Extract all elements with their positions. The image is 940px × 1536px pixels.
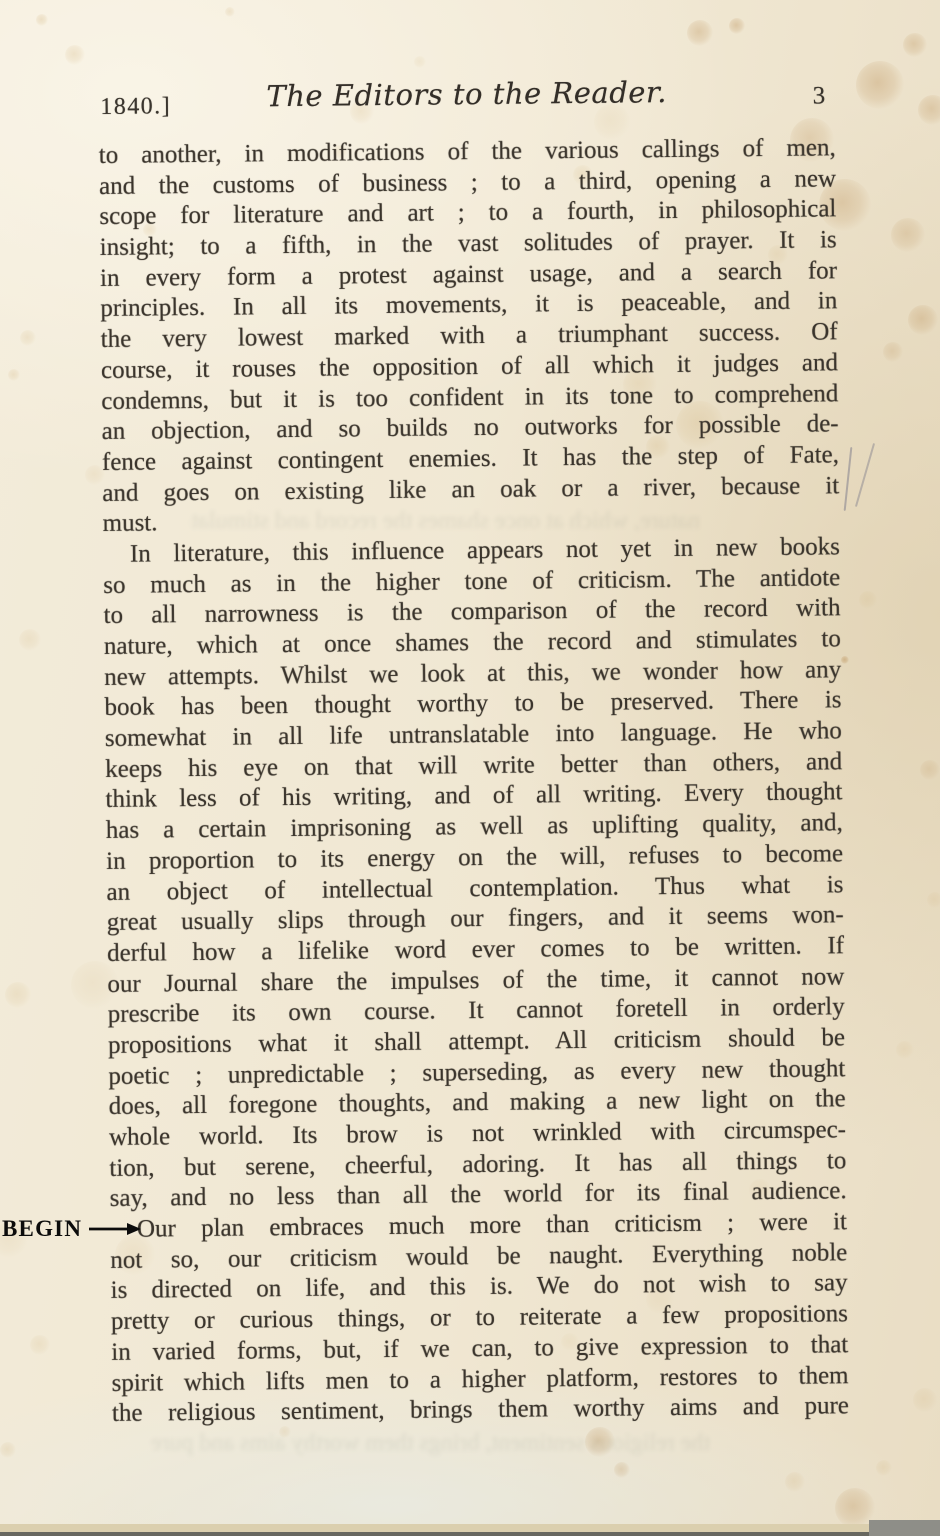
foxing-stain	[856, 61, 904, 109]
body-text: to another, in modifications of the vari…	[99, 133, 849, 1430]
foxing-stain	[927, 892, 940, 908]
foxing-stain	[896, 1041, 914, 1059]
pencil-mark	[844, 447, 853, 511]
page-bottom-edge	[0, 1524, 940, 1532]
bottom-bar	[0, 1532, 940, 1536]
foxing-stain	[687, 20, 713, 46]
foxing-stain	[908, 305, 938, 335]
foxing-stain	[891, 218, 925, 252]
foxing-stain	[36, 14, 48, 26]
text-line: the religious sentiment, brings them wor…	[112, 1391, 849, 1429]
foxing-stain	[614, 1462, 630, 1478]
foxing-stain	[841, 656, 849, 664]
right-arrow-icon	[89, 1221, 141, 1237]
foxing-stain	[20, 330, 36, 346]
foxing-stain	[785, 1472, 805, 1492]
header-title: The Editors to the Reader.	[98, 73, 835, 115]
page-content: 1840.] The Editors to the Reader. 3 to a…	[98, 76, 835, 130]
foxing-stain	[859, 591, 877, 609]
foxing-stain	[883, 342, 903, 362]
foxing-stain	[913, 1388, 937, 1412]
foxing-stain	[8, 369, 20, 381]
foxing-stain	[225, 7, 235, 17]
bottom-corner-block	[869, 1520, 940, 1536]
foxing-stain	[5, 982, 31, 1008]
foxing-stain	[729, 18, 745, 34]
foxing-stain	[0, 1442, 16, 1458]
foxing-stain	[903, 33, 927, 57]
pencil-mark	[855, 443, 875, 507]
page-number: 3	[813, 82, 826, 110]
running-header: 1840.] The Editors to the Reader. 3	[98, 76, 835, 130]
foxing-stain	[19, 629, 41, 651]
foxing-stain	[30, 1335, 50, 1355]
foxing-stain	[65, 45, 85, 65]
foxing-stain	[920, 760, 940, 780]
begin-label: BEGIN	[2, 1216, 82, 1242]
foxing-stain	[414, 56, 426, 68]
begin-annotation: BEGIN	[2, 1216, 141, 1242]
foxing-stain	[918, 95, 940, 125]
scanned-page: nature, which at once shames the record …	[0, 0, 940, 1536]
foxing-stain	[876, 1460, 892, 1476]
